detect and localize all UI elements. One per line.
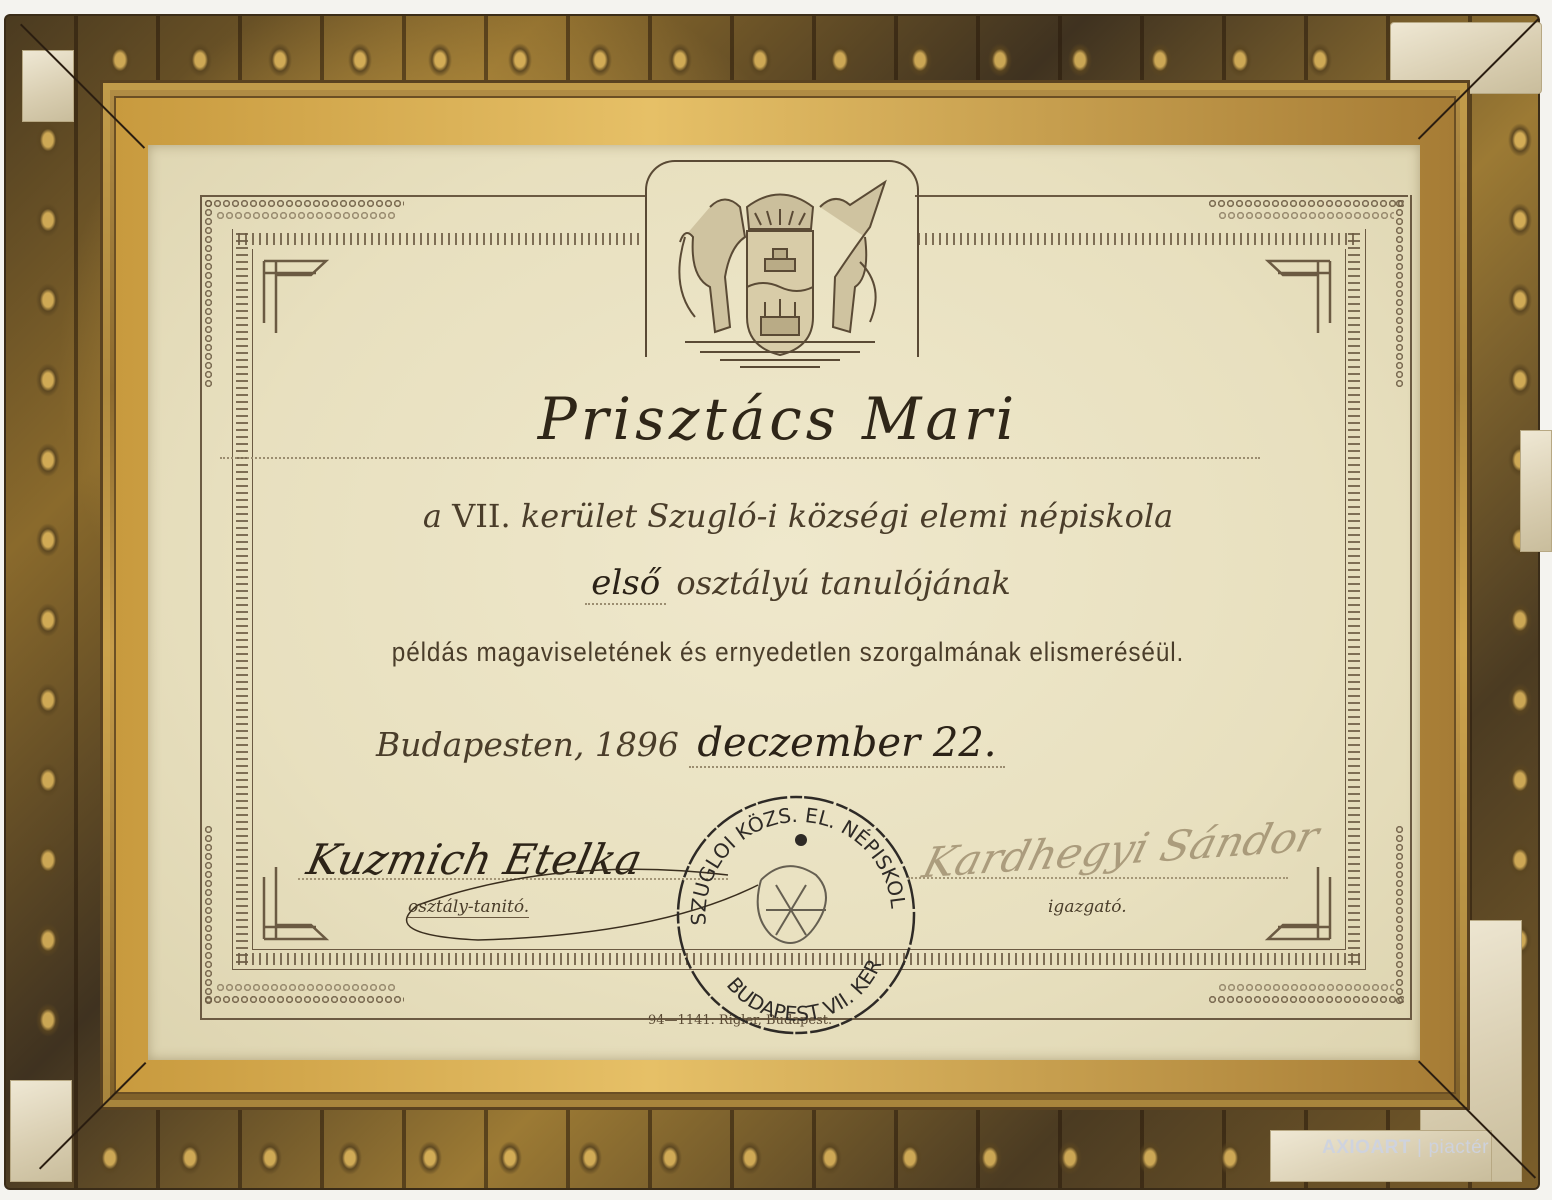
bead-border bbox=[1208, 995, 1404, 1004]
bead-border bbox=[1218, 211, 1394, 219]
praise-text: példás magaviseletének és ernyedetlen sz… bbox=[365, 637, 1211, 668]
bead-border bbox=[1208, 199, 1404, 208]
bead-border bbox=[204, 199, 213, 389]
class-text: osztályú tanulójának bbox=[666, 564, 1010, 602]
axioart-watermark: AXIOART|piactér bbox=[1322, 1137, 1489, 1159]
corner-ornament bbox=[1238, 253, 1338, 343]
school-prefix: a bbox=[423, 497, 452, 535]
certificate-paper: Prisztács Mari a VII. kerület Szugló-i k… bbox=[148, 145, 1420, 1060]
director-role: igazgató. bbox=[1048, 897, 1127, 917]
frame-ornament-left bbox=[8, 100, 74, 1100]
watermark-brand: AXIOART bbox=[1322, 1137, 1411, 1158]
class-line: első osztályú tanulójának bbox=[488, 563, 1108, 603]
corner-ornament bbox=[1238, 857, 1338, 947]
bead-border bbox=[204, 825, 213, 1005]
school-line: a VII. kerület Szugló-i községi elemi né… bbox=[358, 497, 1238, 535]
teacher-role: osztály-tanitó. bbox=[408, 897, 529, 918]
watermark-suffix: piactér bbox=[1428, 1137, 1489, 1158]
place-year: Budapesten, 1896 bbox=[376, 725, 679, 764]
date-line: Budapesten, 1896 deczember 22. bbox=[376, 720, 1005, 766]
school-seal-stamp-icon: SZUGLOI KÖZS. EL. NÉPISKOLA BUDAPEST VII… bbox=[666, 785, 926, 1045]
bead-border bbox=[1218, 983, 1394, 991]
student-name: Prisztács Mari bbox=[368, 385, 1188, 453]
school-name: kerület Szugló-i községi elemi népiskola bbox=[511, 497, 1173, 535]
frame-ornament-bottom bbox=[70, 1118, 1370, 1192]
frame-damage-chip bbox=[22, 50, 74, 122]
budapest-coat-of-arms-icon bbox=[655, 167, 905, 377]
outer-border-rule bbox=[200, 195, 645, 197]
bead-border bbox=[216, 211, 396, 219]
outer-border-rule bbox=[915, 195, 1408, 197]
watermark-separator: | bbox=[1417, 1137, 1422, 1158]
bead-border bbox=[1395, 199, 1404, 389]
corner-ornament bbox=[256, 253, 356, 343]
bead-border bbox=[1395, 825, 1404, 1005]
class-handwritten: első bbox=[585, 563, 666, 605]
bead-border bbox=[204, 995, 404, 1004]
date-handwritten: deczember 22. bbox=[689, 720, 1004, 768]
name-dotted-line bbox=[220, 457, 1260, 459]
frame-damage-chip bbox=[1520, 430, 1552, 552]
bead-border bbox=[204, 199, 404, 208]
district-number: VII. bbox=[452, 497, 511, 535]
bead-border bbox=[216, 983, 396, 991]
